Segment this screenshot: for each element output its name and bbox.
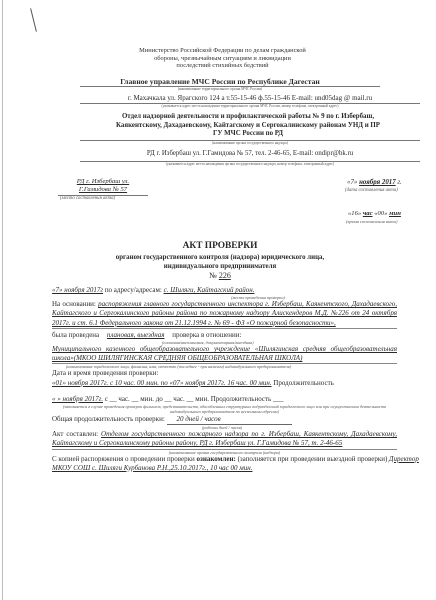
department-line-2: Каякентскому, Дахадаевскому, Кайтагскому… [60, 122, 436, 131]
inspected-entity: Муниципального казенного общеобразовател… [52, 345, 397, 364]
act-number-label: № [209, 271, 217, 280]
branch-hint: (заполняется в случае проведения проверо… [52, 404, 397, 414]
conducted-suffix: проверка в отношении: [172, 331, 241, 339]
acquainted-row: С копией распоряжения о проведении прове… [52, 455, 424, 473]
department-name: Отдел надзорной деятельности и профилакт… [60, 113, 436, 139]
basis-label: На основании: [52, 300, 96, 308]
act-number-value: 226 [219, 271, 231, 280]
ministry-line-2: обороны, чрезвычайным ситуациям и ликвид… [110, 55, 335, 63]
conducted-value: плановая, выездная [101, 331, 171, 339]
act-place-line-2: Г.Гамидова № 57 [62, 186, 144, 194]
total-duration-value: 20 дней / часов [167, 415, 292, 425]
act-date-suffix: г. [397, 179, 401, 186]
act-time-minute-label: мин [389, 210, 401, 217]
conducted-row: была проведена плановая, выездная провер… [52, 331, 424, 340]
act-time-hour-label: час [363, 210, 373, 217]
datetime-duration-label: Продолжительность [273, 379, 334, 387]
act-time: «16» час «00» мин [348, 210, 436, 217]
datetime-row: «01» ноября 2017г. с 10 час. 00 мин. по … [52, 379, 424, 388]
total-duration-label: Общая продолжительность проверки: [52, 415, 165, 423]
act-time-minute: «00» [374, 210, 387, 217]
act-document-page: Министерство Российской Федерации по дел… [0, 0, 436, 600]
department-address-hint: (указывается адрес места нахождения орга… [80, 162, 420, 166]
basis-row: На основании: распоряжения главного госу… [52, 300, 397, 329]
main-office-address-hint: (указывается адрес места нахождения терр… [80, 104, 420, 108]
act-time-hint: (время составления акта) [346, 219, 436, 224]
branch-time-fields: с __ час. __ мин. до __ час. __ мин. Про… [105, 395, 284, 403]
act-number: № 226 [60, 271, 380, 280]
act-place-hint: (место составления акта) [60, 196, 160, 201]
inspection-place-label: по адресу/адресам: [105, 286, 162, 294]
ministry-line-1: Министерство Российской Федерации по дел… [110, 47, 335, 55]
act-title: АКТ ПРОВЕРКИ [60, 241, 380, 251]
act-date: «7» ноября 2017 г. [347, 179, 436, 186]
department-name-hint: (наименование органа государственного на… [80, 141, 420, 145]
total-duration-row: Общая продолжительность проверки: 20 дне… [52, 415, 424, 425]
act-place: РД г. Избербаш ул. Г.Гамидова № 57 [62, 178, 144, 194]
branch-date: « » ноября 2017г. [52, 395, 103, 403]
datetime-value: «01» ноября 2017г. с 10 час. 00 мин. по … [52, 379, 272, 387]
inspection-date: «7» ноября 2017г [52, 286, 103, 294]
act-time-hour: «16» [348, 210, 361, 217]
scan-pen-mark [30, 8, 37, 32]
department-line-1: Отдел надзорной деятельности и профилакт… [60, 113, 436, 122]
act-date-hint: (дата составления акта) [345, 188, 435, 193]
inspection-place-row: «7» ноября 2017г по адресу/адресам: с. Ш… [52, 286, 424, 295]
act-date-month-year: ноября 2017 [359, 179, 396, 186]
act-date-day: «7» [347, 179, 357, 186]
main-office-name-hint: (наименование территориального органа МЧ… [60, 87, 380, 91]
composed-by-label: Акт составлен: [52, 430, 98, 438]
datetime-label: Дата и время проведения проверки: [52, 369, 424, 378]
inspection-place-value: с. Шиляги, Кайтагский район. [164, 286, 255, 294]
basis-value: распоряжения главного государственного и… [52, 300, 397, 326]
act-subtitle-line-2: индивидуального предпринимателя [40, 263, 400, 272]
composed-by-row: Акт составлен: Отделом государственного … [52, 430, 397, 449]
composed-by-value: Отделом государственного пожарного надзо… [52, 430, 397, 447]
acquainted-label-bold: ознакомлен: [197, 455, 236, 463]
branch-row: « » ноября 2017г. с __ час. __ мин. до _… [52, 395, 424, 404]
ministry-header: Министерство Российской Федерации по дел… [110, 47, 335, 70]
act-subtitle-line-1: органом государственного контроля (надзо… [40, 254, 400, 263]
main-office-name: Главное управление МЧС России по Республ… [60, 77, 380, 86]
act-place-line-1: РД г. Избербаш ул. [62, 178, 144, 186]
scan-edge-line [2, 0, 3, 600]
act-subtitle: органом государственного контроля (надзо… [40, 254, 400, 271]
acquainted-label-post: (заполняется при проведении выездной про… [238, 455, 388, 463]
act-body: «7» ноября 2017г по адресу/адресам: с. Ш… [52, 286, 424, 473]
ministry-line-3: последствий стихийных бедствий [110, 62, 335, 70]
department-line-3: ГУ МЧС России по РД [60, 130, 436, 139]
acquainted-label-pre: С копией распоряжения о проведении прове… [52, 455, 195, 463]
conducted-label: была проведена [52, 331, 99, 339]
department-address: РД г. Избербаш ул. Г.Гамидова № 57, тел.… [80, 150, 420, 157]
main-office-address: г. Махачкала ул. Ярагского 124 а т.55-15… [80, 94, 420, 102]
